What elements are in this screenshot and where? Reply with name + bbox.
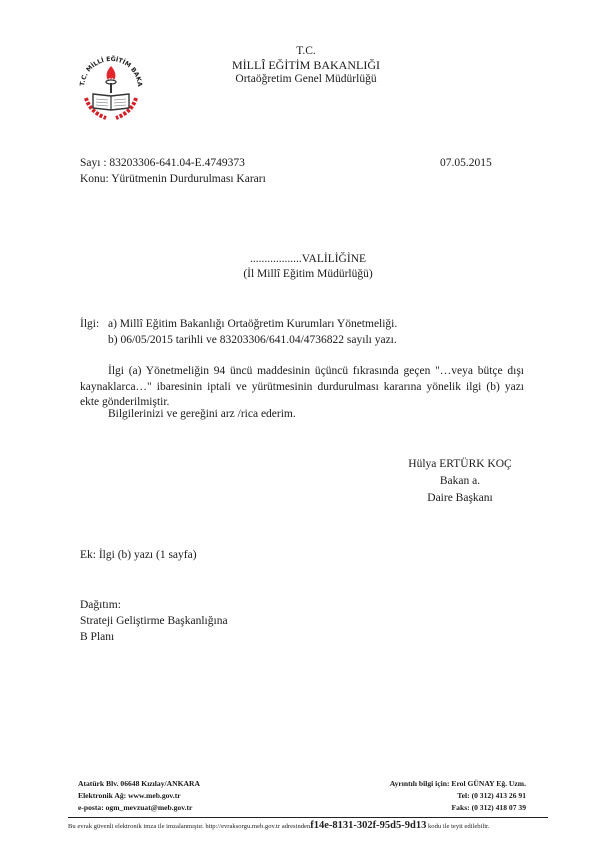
document-date: 07.05.2015 [440,156,492,170]
e-signature-notice: Bu evrak güvenli elektronik imza ile imz… [68,820,490,831]
sayi-label: Sayı [80,157,100,169]
sayi-value: : 83203306-641.04-E.4749373 [103,157,245,169]
verify-suffix: kodu ile teyit edilebilir. [426,823,489,830]
header-ministry: MİLLÎ EĞİTİM BAKANLIĞI [6,58,600,72]
footer-email: e-posta: ogm_mevzuat@meb.gov.tr [78,802,200,814]
header-tc: T.C. [6,44,600,58]
distribution-block: Dağıtım: Strateji Geliştirme Başkanlığın… [80,597,228,645]
footer-phone: Tel: (0 312) 413 26 91 [360,790,526,802]
ilgi-label: İlgi: [80,317,99,331]
signature-block: Hülya ERTÜRK KOÇ Bakan a. Daire Başkanı [380,456,540,507]
distribution-label: Dağıtım: [80,597,228,613]
footer-contact-person: Ayrıntılı bilgi için: Erol GÜNAY Eğ. Uzm… [360,778,526,790]
signer-title1: Bakan a. [380,473,540,490]
konu-line: Konu: Yürütmenin Durdurulması Kararı [80,172,266,186]
footer-website: Elektronik Ağ: www.meb.gov.tr [78,790,200,802]
header-directorate: Ortaöğretim Genel Müdürlüğü [6,72,600,86]
footer-contact-left: Atatürk Blv. 06648 Kızılay/ANKARA Elektr… [78,778,200,814]
footer-fax: Faks: (0 312) 418 07 39 [360,802,526,814]
footer-divider [68,817,548,818]
closing-paragraph: Bilgilerinizi ve gereğini arz /rica eder… [108,407,296,421]
attachment-line: Ek: İlgi (b) yazı (1 sayfa) [80,548,197,562]
ilgi-item-b: b) 06/05/2015 tarihli ve 83203306/641.04… [108,333,397,347]
konu-label: Konu: [80,173,109,185]
signer-name: Hülya ERTÜRK KOÇ [380,456,540,473]
verify-code: f14e-8131-302f-95d5-9d13 [310,820,426,831]
addressee-line2: (İl Millî Eğitim Müdürlüğü) [8,267,600,281]
addressee-line1: ..................VALİLİĞİNE [8,252,600,266]
signer-title2: Daire Başkanı [380,490,540,507]
verify-prefix: Bu evrak güvenli elektronik imza ile imz… [68,823,310,830]
konu-value: Yürütmenin Durdurulması Kararı [111,173,266,185]
footer-address: Atatürk Blv. 06648 Kızılay/ANKARA [78,778,200,790]
sayi-line: Sayı : 83203306-641.04-E.4749373 [80,156,245,170]
distribution-item: B Planı [80,629,228,645]
footer-contact-right: Ayrıntılı bilgi için: Erol GÜNAY Eğ. Uzm… [360,778,526,814]
ilgi-item-a: a) Millî Eğitim Bakanlığı Ortaöğretim Ku… [108,317,397,331]
distribution-item: Strateji Geliştirme Başkanlığına [80,613,228,629]
body-paragraph: İlgi (a) Yönetmeliğin 94 üncü maddesinin… [80,364,524,411]
